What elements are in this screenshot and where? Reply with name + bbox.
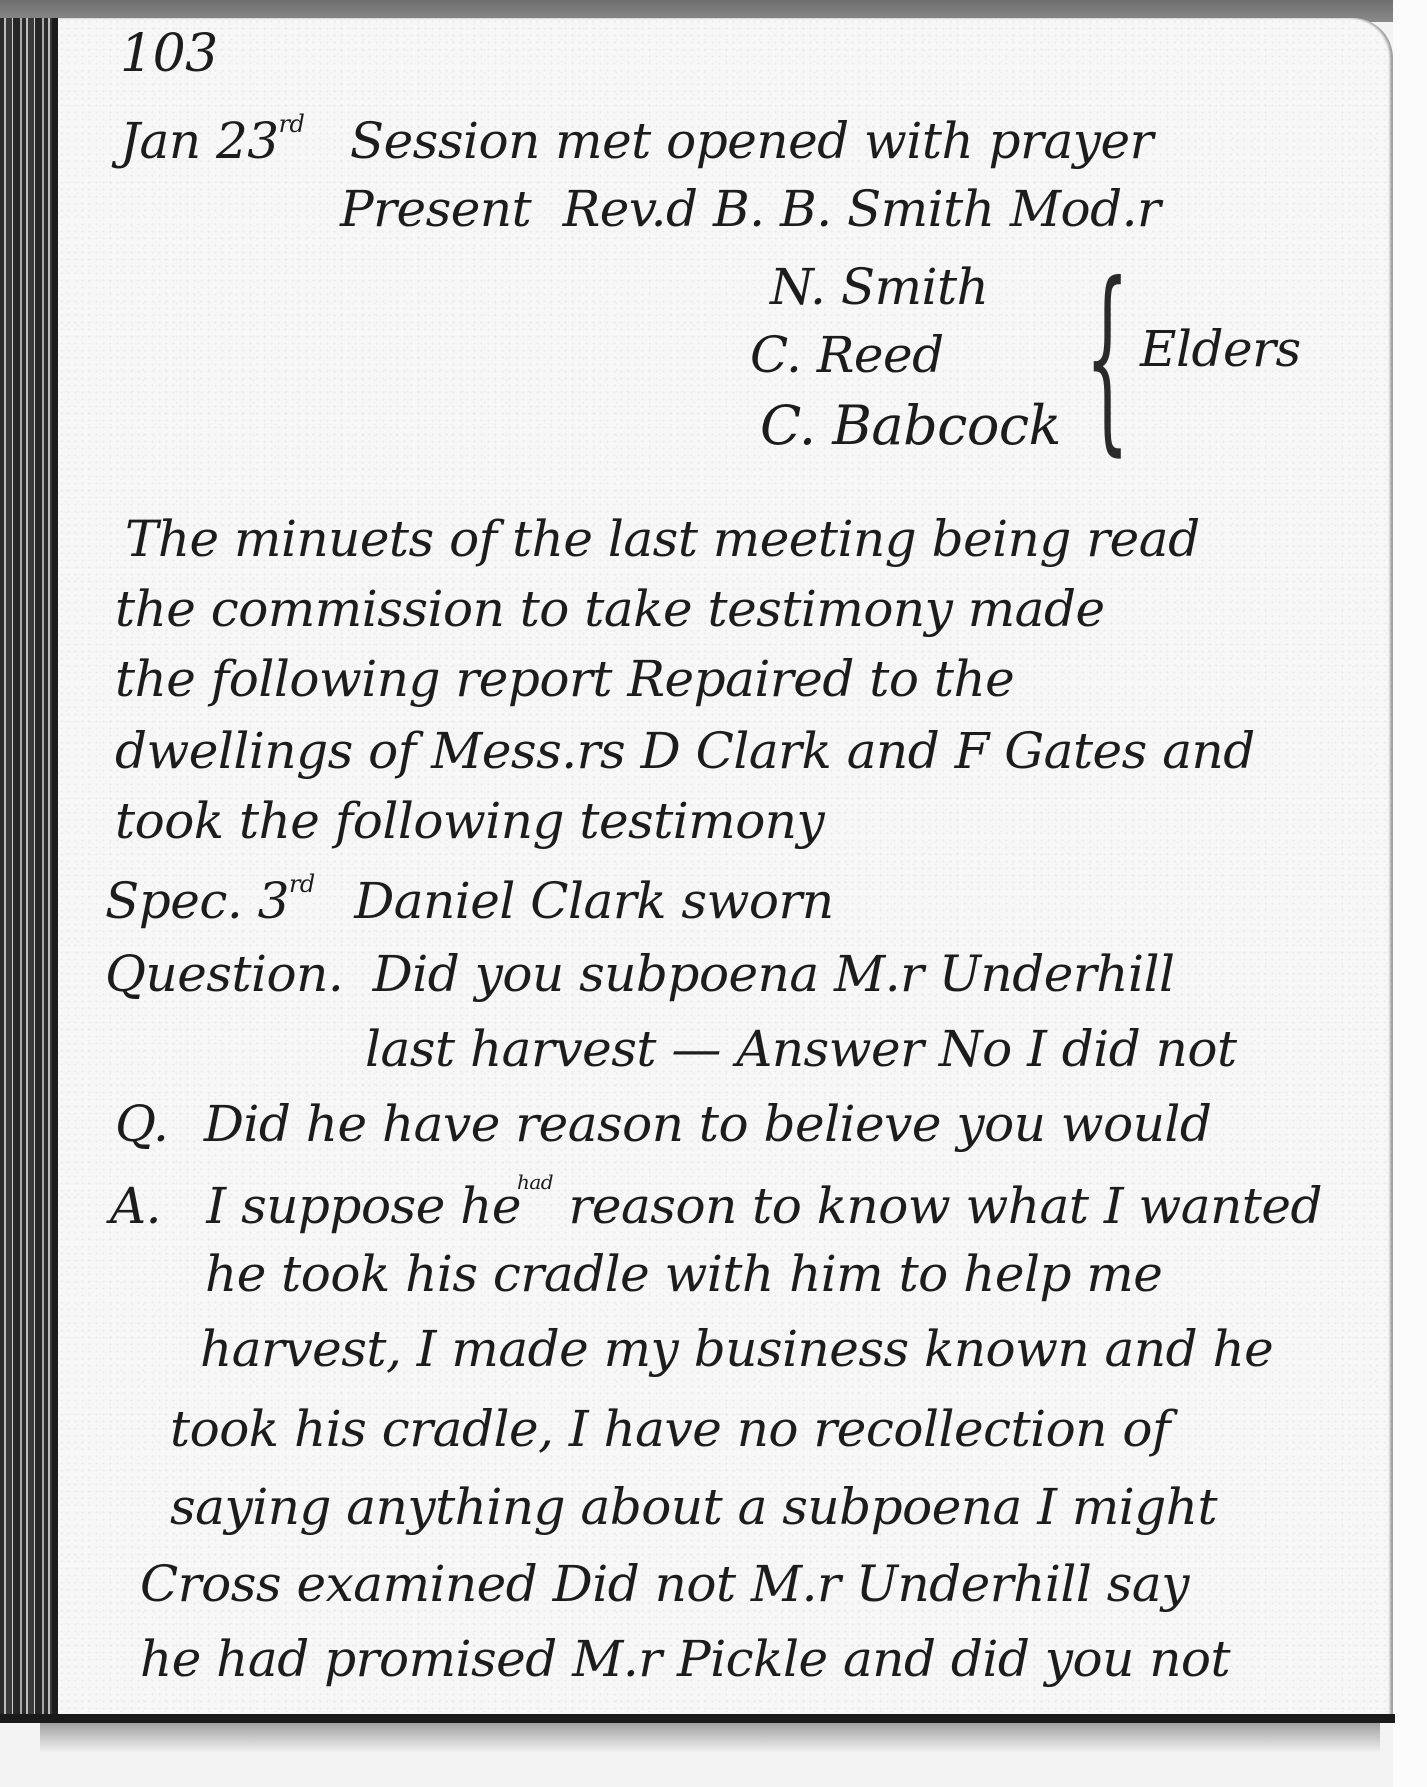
- entry-date: Jan 23: [120, 112, 279, 170]
- elders-brace-icon: {: [1085, 258, 1096, 463]
- page-bottom-edge: [0, 1714, 1395, 1723]
- testimony-line: saying anything about a subpoena I might: [170, 1478, 1217, 1536]
- testimony-line: last harvest — Answer No I did not: [365, 1020, 1237, 1078]
- testimony-line: A. I suppose hehad reason to know what I…: [110, 1170, 1322, 1235]
- book-binding: [0, 18, 58, 1718]
- qa-text-continued: reason to know what I wanted: [569, 1177, 1322, 1235]
- qa-text: Did he have reason to believe you would: [204, 1095, 1212, 1153]
- body-line: took the following testimony: [115, 792, 824, 850]
- elders-label: Elders: [1140, 320, 1301, 378]
- scan-right-margin: [1393, 0, 1427, 1787]
- qa-text: I suppose he: [206, 1177, 521, 1235]
- elder-name: C. Reed: [750, 326, 944, 384]
- testimony-line: he took his cradle with him to help me: [205, 1245, 1162, 1303]
- testimony-line: he had promised M.r Pickle and did you n…: [140, 1630, 1230, 1688]
- qa-prefix: A.: [110, 1177, 161, 1235]
- manuscript-page: [58, 18, 1393, 1718]
- page-number: 103: [120, 24, 218, 84]
- elder-name: C. Babcock: [760, 394, 1061, 457]
- qa-text: Did you subpoena M.r Underhill: [373, 945, 1175, 1003]
- insertion-mark: had: [517, 1170, 553, 1194]
- witness-name: Daniel Clark sworn: [354, 872, 833, 930]
- testimony-line: Cross examined Did not M.r Underhill say: [140, 1555, 1189, 1613]
- moderator-name: Rev.d B. B. Smith Mod.r: [563, 180, 1161, 238]
- body-line: dwellings of Mess.rs D Clark and F Gates…: [115, 722, 1255, 780]
- entry-date-line: Jan 23rd Session met opened with prayer: [120, 110, 1153, 170]
- testimony-line: Q. Did he have reason to believe you wou…: [115, 1095, 1211, 1153]
- elder-name: N. Smith: [770, 258, 988, 316]
- body-line: the following report Repaired to the: [115, 650, 1014, 708]
- testimony-line: Question. Did you subpoena M.r Underhill: [105, 945, 1174, 1003]
- present-label: Present: [340, 180, 531, 238]
- body-line: the commission to take testimony made: [115, 580, 1105, 638]
- specification-line: Spec. 3rd Daniel Clark sworn: [105, 870, 834, 930]
- qa-prefix: Q.: [115, 1095, 168, 1153]
- specification-label: Spec. 3: [105, 872, 289, 930]
- session-opening: Session met opened with prayer: [350, 112, 1153, 170]
- specification-suffix: rd: [289, 870, 315, 898]
- entry-date-suffix: rd: [279, 110, 305, 138]
- qa-prefix: Question.: [105, 945, 343, 1003]
- present-line: Present Rev.d B. B. Smith Mod.r: [340, 180, 1160, 238]
- testimony-line: took his cradle, I have no recollection …: [170, 1400, 1170, 1458]
- testimony-line: harvest, I made my business known and he: [200, 1320, 1273, 1378]
- body-line: The minuets of the last meeting being re…: [125, 510, 1200, 568]
- page-bottom-shadow: [40, 1723, 1380, 1753]
